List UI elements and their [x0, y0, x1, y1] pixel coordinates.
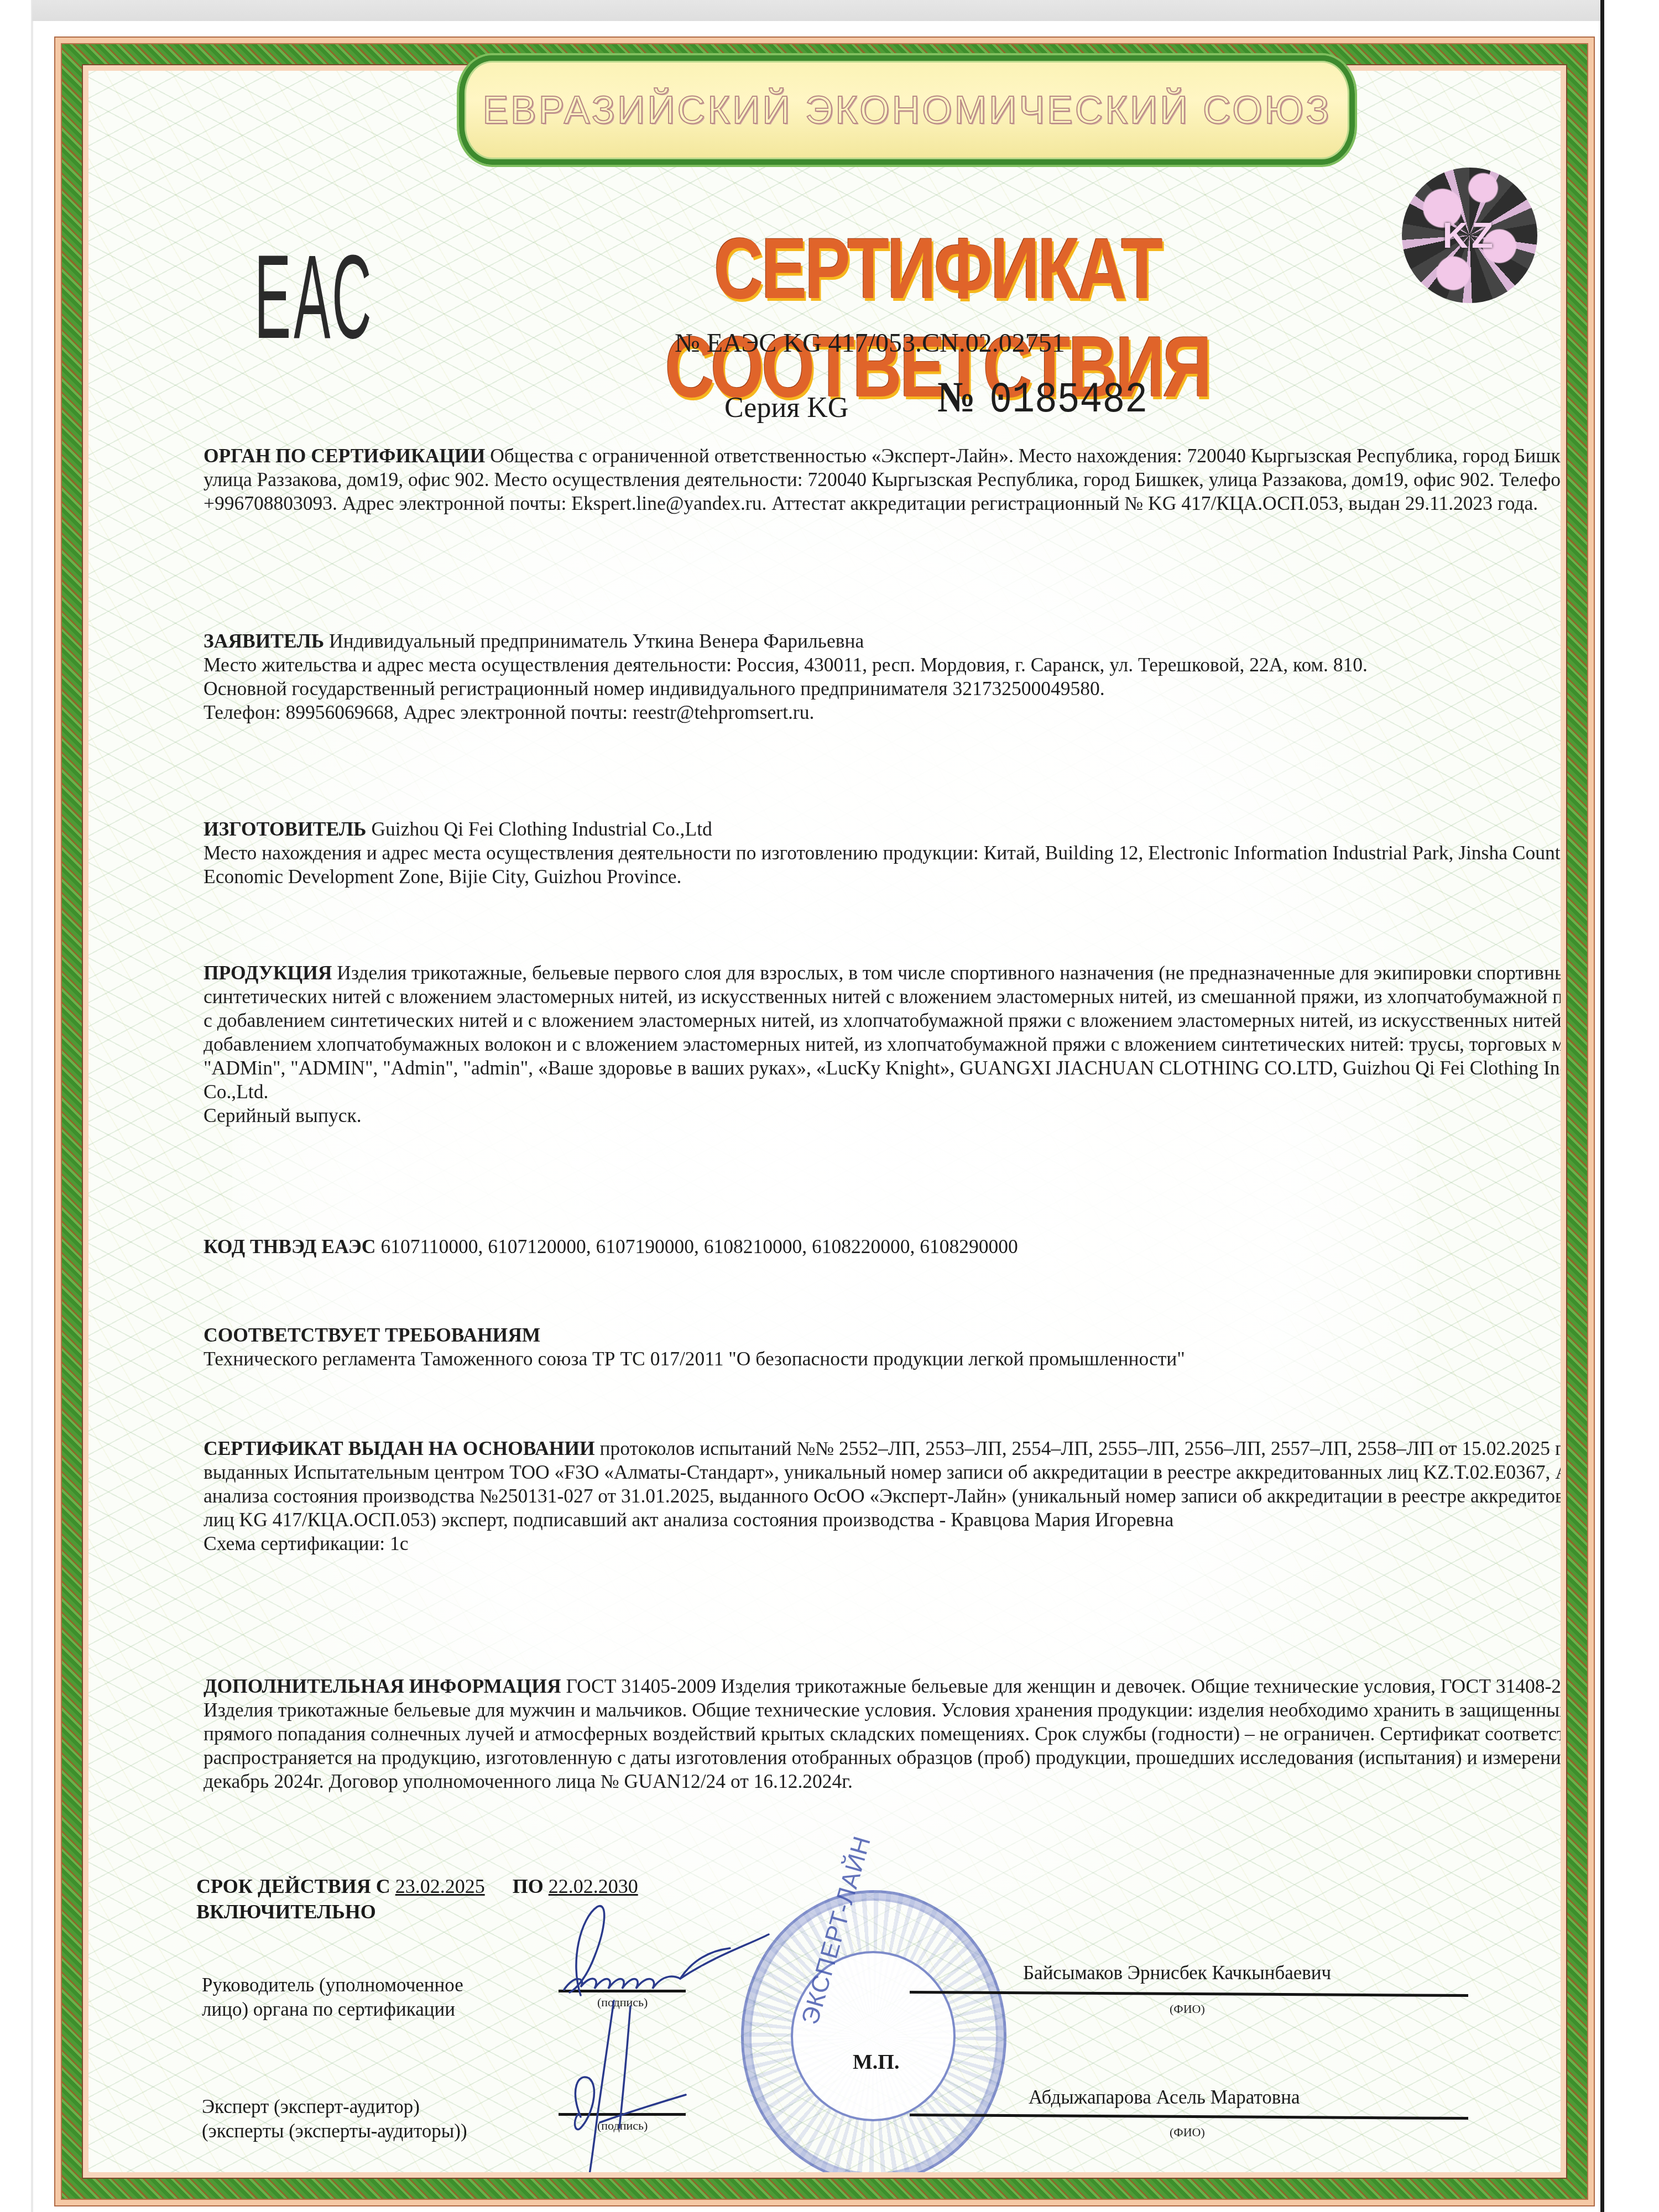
- hologram-sticker: KZ: [1402, 168, 1537, 303]
- head-role-line2: лицо) органа по сертификации: [202, 1997, 463, 2022]
- section-label: КОД ТНВЭД ЕАЭС: [204, 1235, 376, 1258]
- certification-scheme: Схема сертификации: 1с: [204, 1532, 1566, 1556]
- certificate-frame: ЕАС СЕРТИФИКАТ СООТВЕТСТВИЯ KZ № ЕАЭС KG…: [55, 38, 1594, 2205]
- section-conformity: СООТВЕТСТВУЕТ ТРЕБОВАНИЯМ Технического р…: [204, 1323, 1566, 1371]
- applicant-address: Место жительства и адрес места осуществл…: [204, 653, 1566, 677]
- applicant-ogrnip: Основной государственный регистрационный…: [204, 677, 1566, 701]
- expert-signature-line: [559, 2113, 686, 2116]
- conformity-text: Технического регламента Таможенного союз…: [204, 1347, 1566, 1371]
- hologram-text: KZ: [1443, 215, 1496, 256]
- viewer-top-bar: [32, 0, 1603, 21]
- section-additional-info: ДОПОЛНИТЕЛЬНАЯ ИНФОРМАЦИЯ ГОСТ 31405-200…: [204, 1674, 1566, 1793]
- section-label: СООТВЕТСТВУЕТ ТРЕБОВАНИЯМ: [204, 1323, 1566, 1347]
- organization-stamp: М.П. ЭКСПЕРТ-ЛАЙН: [741, 1890, 1006, 2178]
- head-name: Байсымаков Эрнисбек Качкынбаевич: [1023, 1962, 1331, 1984]
- head-name-caption: (ФИО): [1170, 2002, 1205, 2016]
- certificate-inner-frame: ЕАС СЕРТИФИКАТ СООТВЕТСТВИЯ KZ № ЕАЭС KG…: [83, 65, 1566, 2178]
- section-label: ПРОДУКЦИЯ: [204, 962, 332, 984]
- series-label: Серия KG: [724, 392, 848, 424]
- head-signature-caption: (подпись): [597, 1995, 648, 2010]
- eac-mark: ЕАС: [254, 228, 374, 366]
- head-signature-line: [559, 1990, 686, 1992]
- validity-from-label: СРОК ДЕЙСТВИЯ С: [196, 1875, 390, 1897]
- expert-name: Абдыжапарова Асель Маратовна: [1029, 2086, 1300, 2109]
- section-label: ЗАЯВИТЕЛЬ: [204, 630, 324, 652]
- union-banner: ЕВРАЗИЙСКИЙ ЭКОНОМИЧЕСКИЙ СОЮЗ: [459, 55, 1355, 165]
- manufacturer-address: Место нахождения и адрес места осуществл…: [204, 841, 1566, 889]
- registration-number: № ЕАЭС KG 417/053.CN.02.02751: [675, 328, 1065, 358]
- head-role: Руководитель (уполномоченное лицо) орган…: [202, 1973, 463, 2022]
- section-applicant: ЗАЯВИТЕЛЬ Индивидуальный предприниматель…: [204, 629, 1566, 724]
- validity-from-date: 23.02.2025: [395, 1875, 485, 1897]
- section-tnved: КОД ТНВЭД ЕАЭС 6107110000, 6107120000, 6…: [204, 1235, 1566, 1259]
- section-manufacturer: ИЗГОТОВИТЕЛЬ Guizhou Qi Fei Clothing Ind…: [204, 817, 1566, 889]
- union-banner-text: ЕВРАЗИЙСКИЙ ЭКОНОМИЧЕСКИЙ СОЮЗ: [482, 88, 1331, 132]
- expert-role: Эксперт (эксперт-аудитор) (эксперты (экс…: [202, 2095, 467, 2143]
- tnved-codes: 6107110000, 6107120000, 6107190000, 6108…: [380, 1235, 1018, 1258]
- validity-to-date: 22.02.2030: [549, 1875, 638, 1897]
- section-label: СЕРТИФИКАТ ВЫДАН НА ОСНОВАНИИ: [204, 1437, 595, 1459]
- expert-signature-caption: (подпись): [597, 2119, 648, 2133]
- number-sign: №: [937, 373, 975, 421]
- expert-name-caption: (ФИО): [1170, 2125, 1205, 2140]
- head-role-line1: Руководитель (уполномоченное: [202, 1973, 463, 1997]
- section-basis: СЕРТИФИКАТ ВЫДАН НА ОСНОВАНИИ протоколов…: [204, 1437, 1566, 1556]
- product-production: Серийный выпуск.: [204, 1104, 1566, 1128]
- expert-name-line: [910, 2114, 1468, 2120]
- section-label: ОРГАН ПО СЕРТИФИКАЦИИ: [204, 445, 485, 467]
- seal-mark: М.П.: [853, 2050, 899, 2074]
- expert-role-line1: Эксперт (эксперт-аудитор): [202, 2095, 467, 2119]
- section-certification-body: ОРГАН ПО СЕРТИФИКАЦИИ Общества с огранич…: [204, 444, 1566, 515]
- section-label: ДОПОЛНИТЕЛЬНАЯ ИНФОРМАЦИЯ: [204, 1675, 561, 1697]
- applicant-name: Индивидуальный предприниматель Уткина Ве…: [329, 630, 864, 652]
- product-text: Изделия трикотажные, бельевые первого сл…: [204, 962, 1566, 1103]
- section-product: ПРОДУКЦИЯ Изделия трикотажные, бельевые …: [204, 961, 1566, 1128]
- expert-role-line2: (эксперты (эксперты-аудиторы)): [202, 2119, 467, 2143]
- certificate-content: ЕАС СЕРТИФИКАТ СООТВЕТСТВИЯ KZ № ЕАЭС KG…: [88, 71, 1561, 2172]
- validity-period: СРОК ДЕЙСТВИЯ С 23.02.2025ПО 22.02.2030 …: [196, 1874, 638, 1924]
- viewer-right-edge: [1600, 0, 1604, 2212]
- validity-to-label: ПО: [513, 1875, 544, 1897]
- section-label: ИЗГОТОВИТЕЛЬ: [204, 818, 367, 840]
- blank-number: №0185482: [937, 372, 1147, 425]
- validity-inclusive: ВКЛЮЧИТЕЛЬНО: [196, 1901, 376, 1923]
- manufacturer-name: Guizhou Qi Fei Clothing Industrial Co.,L…: [371, 818, 712, 840]
- applicant-contacts: Телефон: 89956069668, Адрес электронной …: [204, 701, 1566, 724]
- blank-number-value: 0185482: [989, 376, 1147, 425]
